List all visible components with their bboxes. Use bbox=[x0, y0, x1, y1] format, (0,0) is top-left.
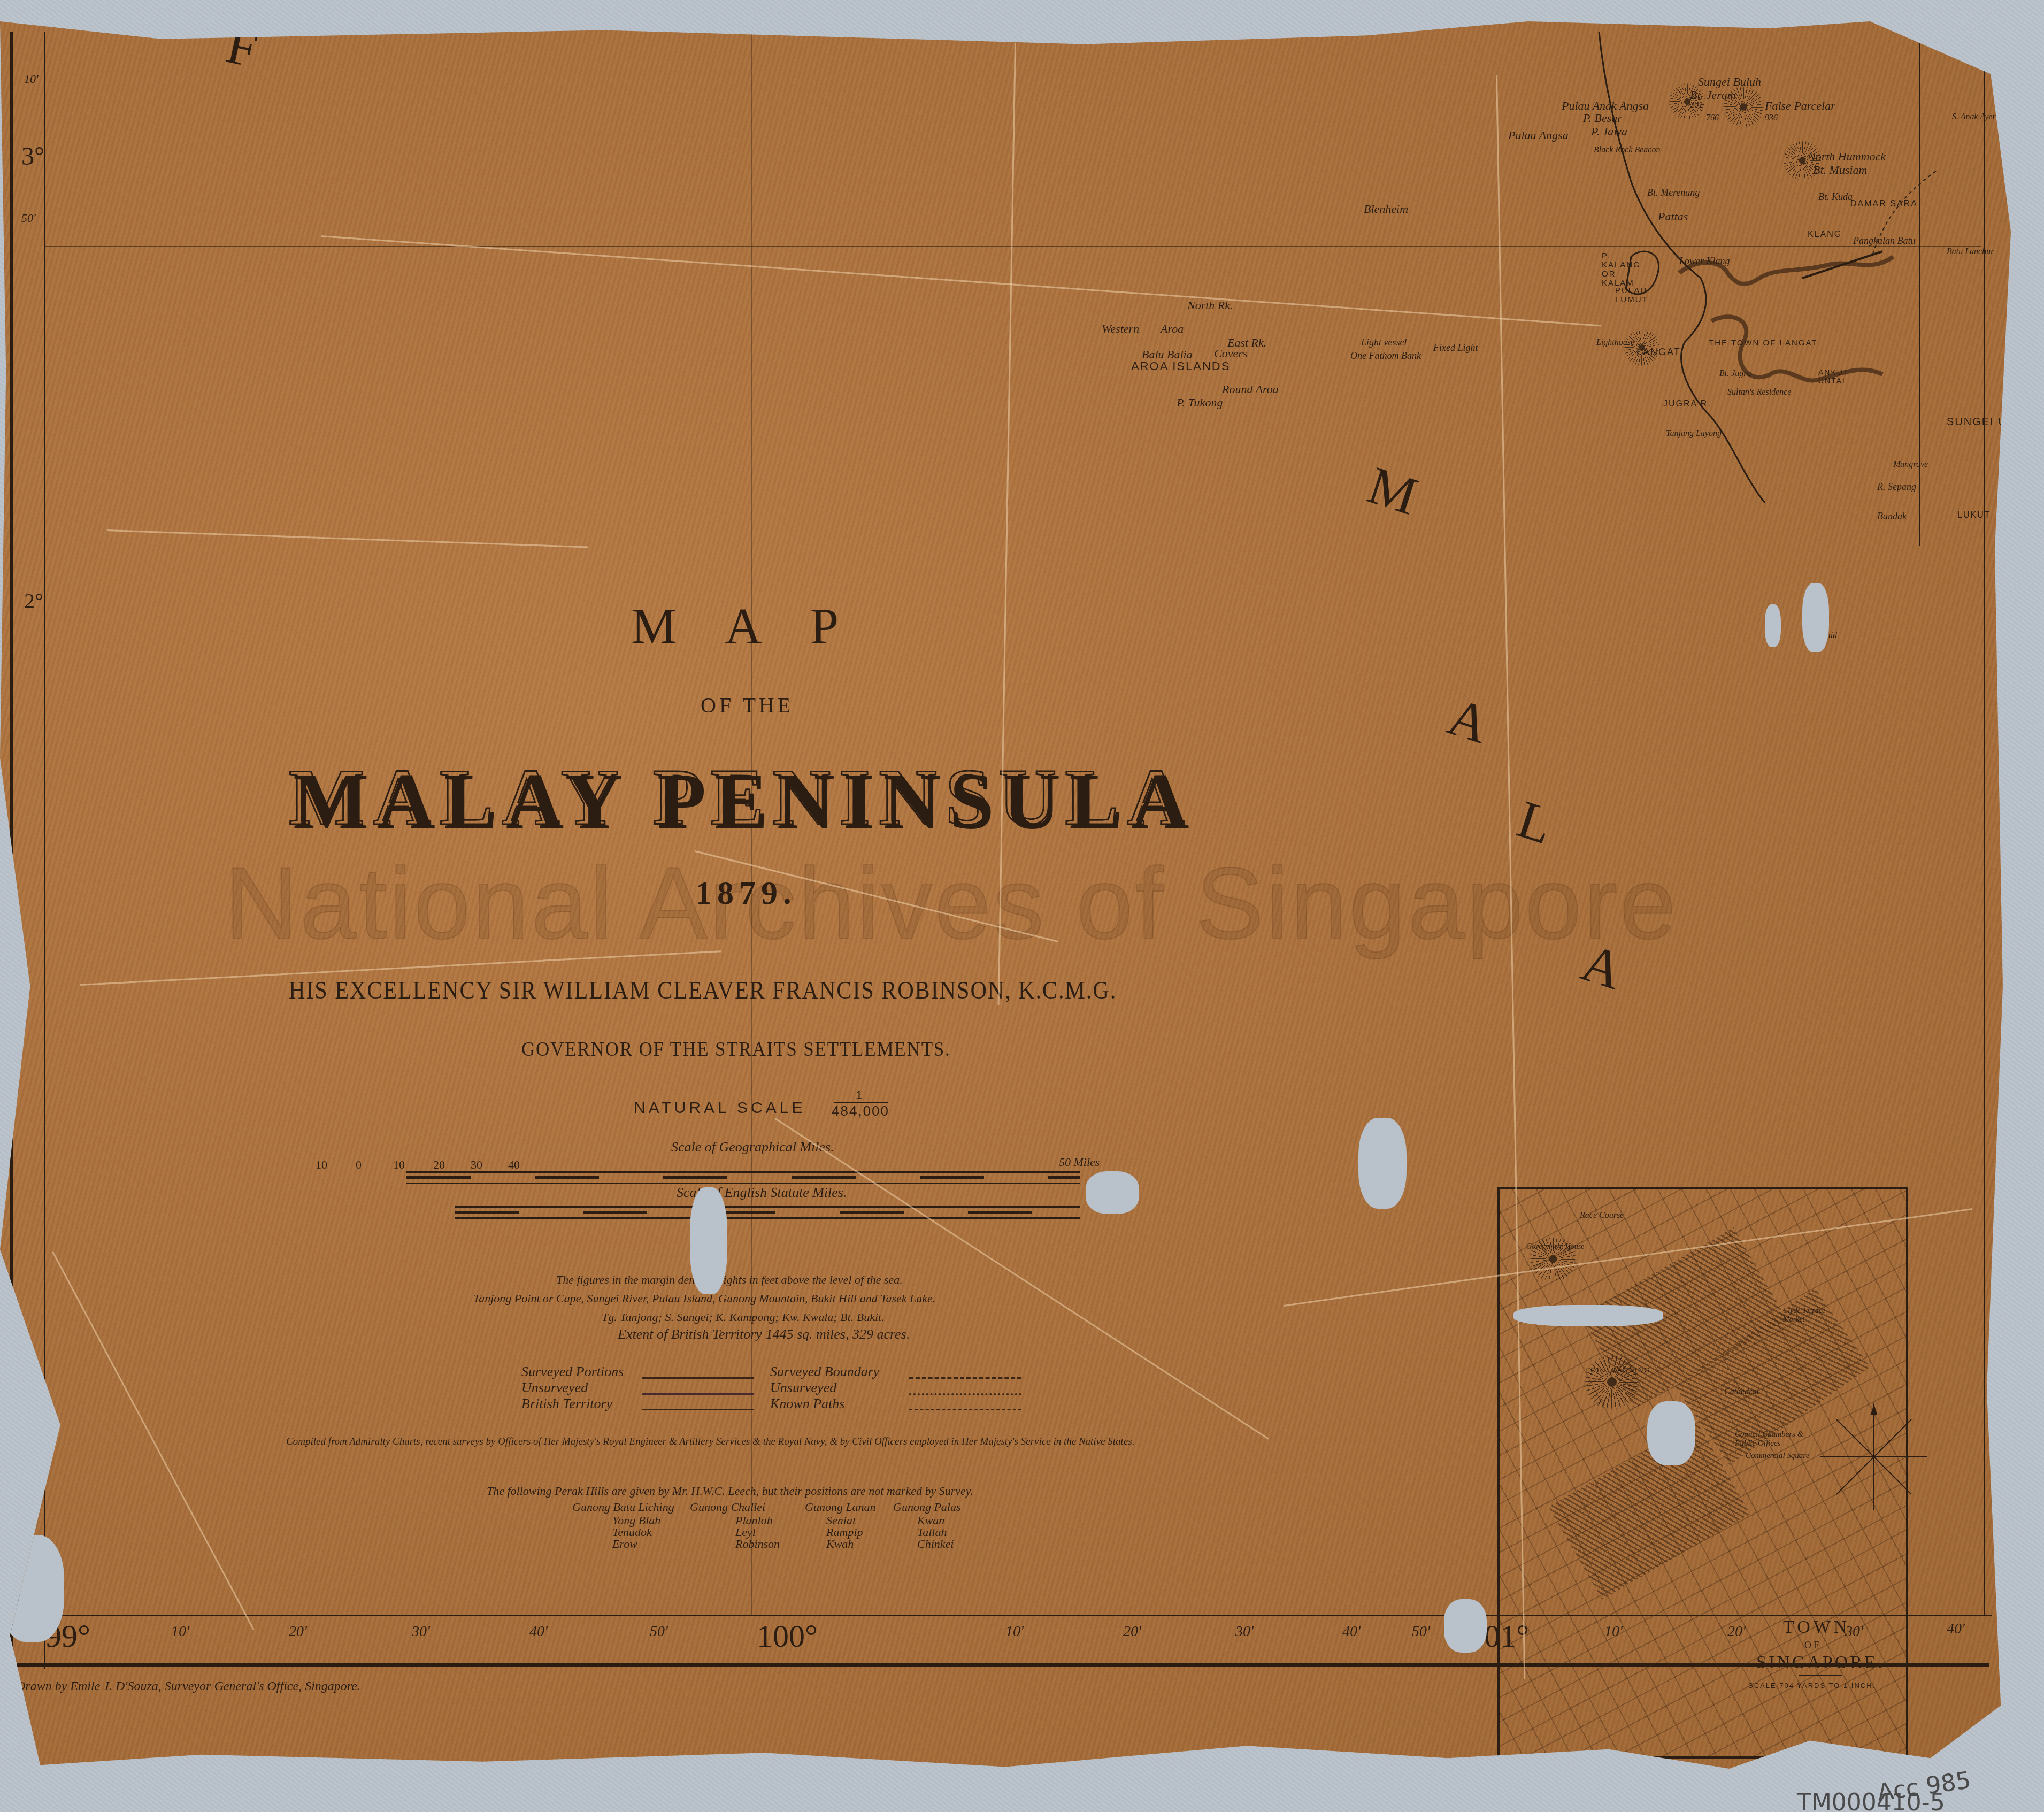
place-label: Round Aroa bbox=[1222, 382, 1279, 396]
place-label: Bt. Jugra bbox=[1719, 369, 1751, 379]
legend-swatch-known-paths bbox=[909, 1409, 1021, 1410]
place-label: Pulau Angsa bbox=[1508, 128, 1569, 142]
place-label: Black Rock Beacon bbox=[1594, 145, 1660, 155]
place-label-lukut: LUKUT bbox=[1957, 511, 1991, 520]
hill-name: Erow bbox=[612, 1537, 637, 1551]
lon-label: 50' bbox=[650, 1623, 668, 1640]
lon-label: 10' bbox=[171, 1623, 189, 1640]
paper-crack bbox=[107, 529, 588, 548]
inset-label: FORT CANNING bbox=[1585, 1366, 1650, 1374]
natural-scale-label: NATURAL SCALE bbox=[634, 1099, 805, 1117]
geo-scale-tick: 0 bbox=[356, 1158, 362, 1172]
place-label: P. Jawa bbox=[1591, 125, 1627, 139]
legend-label: Known Paths bbox=[770, 1396, 844, 1412]
legend-swatch-surveyed-boundary bbox=[909, 1377, 1021, 1379]
heights-note: The figures in the margin denote heights… bbox=[556, 1273, 903, 1287]
place-label: Bt. Musiam bbox=[1813, 163, 1867, 177]
inset-label: Cathedral bbox=[1724, 1387, 1759, 1397]
place-label: R. Sepang bbox=[1877, 481, 1916, 493]
place-label: Pangkalan Batu bbox=[1853, 235, 1915, 247]
place-label: North Rk. bbox=[1187, 298, 1233, 312]
perak-hills-intro: The following Perak Hills are given by M… bbox=[487, 1484, 973, 1498]
inset-label: Government House bbox=[1526, 1243, 1584, 1251]
hill-name: Gunong Lanan bbox=[805, 1500, 876, 1514]
paper-tear bbox=[1444, 1599, 1487, 1653]
sea-letter: M bbox=[1361, 454, 1425, 527]
compiled-note: Compiled from Admiralty Charts, recent s… bbox=[286, 1436, 1134, 1448]
drawn-by-credit: Drawn by Emile J. D'Souza, Surveyor Gene… bbox=[16, 1679, 360, 1694]
inset-town-of-singapore: Race Course Government House FORT CANNIN… bbox=[1497, 1187, 1908, 1759]
hill-name: Gunong Palas bbox=[893, 1500, 961, 1514]
inset-label: Race Course bbox=[1580, 1211, 1624, 1220]
paper-tear bbox=[1086, 1171, 1139, 1214]
legend-swatch-surveyed bbox=[642, 1377, 754, 1379]
inset-title-singapore: SINGAPORE. bbox=[1756, 1653, 1884, 1673]
lon-label: 30' bbox=[1235, 1623, 1254, 1640]
title-of-the: OF THE bbox=[701, 693, 794, 718]
paper-tear bbox=[1647, 1401, 1695, 1465]
geo-scale-tick: 30 bbox=[471, 1158, 482, 1172]
place-label: P. Tukong bbox=[1177, 396, 1223, 410]
place-label: Aroa bbox=[1161, 322, 1184, 336]
place-label: S. Anak Ayer bbox=[1952, 112, 1996, 122]
english-scale-bar bbox=[455, 1206, 1080, 1219]
inset-title-rule bbox=[1799, 1675, 1842, 1676]
lon-label: 50' bbox=[1412, 1623, 1430, 1640]
lon-label: 40' bbox=[529, 1623, 548, 1640]
hill-name: Gunong Challei bbox=[690, 1500, 765, 1514]
paper-tear bbox=[1802, 583, 1829, 652]
paper-crack bbox=[52, 1251, 254, 1630]
title-map: MAP bbox=[631, 596, 887, 656]
place-label-aroa-islands: AROA ISLANDS bbox=[1131, 359, 1230, 373]
lat-label-3deg: 3° bbox=[21, 142, 44, 171]
lon-label: 30' bbox=[412, 1623, 430, 1640]
compass-rose-icon bbox=[1820, 1403, 1927, 1510]
abbreviations-line-2: Tg. Tanjong; S. Sungei; K. Kampong; Kw. … bbox=[602, 1310, 885, 1324]
paper-tear bbox=[690, 1187, 727, 1294]
title-dedication: HIS EXCELLENCY SIR WILLIAM CLEAVER FRANC… bbox=[289, 976, 1117, 1004]
place-label: Light vessel bbox=[1361, 337, 1407, 348]
geo-scale-tick: 40 bbox=[508, 1158, 520, 1172]
height-label: 936 bbox=[1765, 113, 1778, 123]
lat-label: 50' bbox=[21, 211, 36, 225]
legend-label: British Territory bbox=[521, 1396, 612, 1412]
place-label: Mangrove bbox=[1893, 460, 1928, 470]
legend-label: Surveyed Portions bbox=[521, 1364, 624, 1380]
legend-label: Unsurveyed bbox=[521, 1380, 588, 1396]
place-label: Tanjang Layong bbox=[1666, 429, 1722, 439]
extent-of-territory: Extent of British Territory 1445 sq. mil… bbox=[618, 1326, 910, 1342]
place-label: False Parcelar bbox=[1765, 99, 1835, 113]
natural-scale-numerator: 1 bbox=[856, 1088, 863, 1102]
natural-scale-denominator: 484,000 bbox=[832, 1103, 889, 1119]
place-label: Covers bbox=[1214, 347, 1247, 360]
inset-label: Commercial Square bbox=[1746, 1452, 1809, 1461]
inset-title-town: TOWN bbox=[1783, 1617, 1850, 1638]
place-label: Batu Lanchur bbox=[1947, 247, 1994, 257]
hill-name: Gunong Batu Liching bbox=[572, 1500, 674, 1514]
paper-tear bbox=[1358, 1118, 1407, 1209]
lat-label-2deg: 2° bbox=[24, 588, 43, 613]
paper-tear bbox=[1765, 604, 1781, 647]
place-label: P. Besar bbox=[1583, 111, 1622, 125]
archive-watermark: National Archives of Singapore bbox=[225, 845, 1678, 962]
map-sheet: 10' 3° 50' 2° 1° 99° 10' 20' 30' 40' 50'… bbox=[0, 21, 2011, 1776]
place-label-pulau-lumut: PULAU LUMUT bbox=[1615, 286, 1658, 304]
geo-scale-tick: 20 bbox=[433, 1158, 445, 1172]
lon-label: 40' bbox=[1342, 1623, 1361, 1640]
place-label: Sultan's Residence bbox=[1727, 388, 1791, 397]
place-label-damar-sara: DAMAR SARA bbox=[1850, 199, 1918, 209]
place-label: Sungei Buluh bbox=[1698, 75, 1761, 89]
place-label-ankut-untal: ANKUT UNTAL bbox=[1818, 368, 1861, 385]
legend-label: Surveyed Boundary bbox=[770, 1364, 879, 1380]
place-label: Bt. Kuda bbox=[1818, 191, 1853, 203]
lon-label: 10' bbox=[1005, 1623, 1024, 1640]
place-label-town-of-langat: THE TOWN OF LANGAT bbox=[1709, 339, 1818, 348]
lon-label: 20' bbox=[289, 1623, 307, 1640]
lon-label: 40' bbox=[1947, 1621, 1965, 1638]
height-label: 766 bbox=[1706, 113, 1719, 123]
lon-label-100: 100° bbox=[757, 1618, 818, 1655]
archive-reference-mark: TM000410-5 bbox=[1797, 1789, 1945, 1812]
legend-swatch-british bbox=[642, 1409, 754, 1410]
geo-scale-ticks: 10 bbox=[316, 1158, 327, 1172]
legend-swatch-unsurveyed bbox=[642, 1393, 754, 1395]
legend-label: Unsurveyed bbox=[770, 1380, 836, 1396]
hill-name: Robinson bbox=[735, 1537, 780, 1551]
inset-label: Council Chambers & Public Offices bbox=[1735, 1430, 1815, 1448]
place-label: One Fathom Bank bbox=[1350, 350, 1421, 362]
place-label-jugra: JUGRA R. bbox=[1663, 400, 1711, 409]
geo-scale-tick-end: 50 Miles bbox=[1059, 1155, 1100, 1169]
title-malay-peninsula: MALAY PENINSULA bbox=[289, 751, 1194, 843]
place-label: Lighthouse bbox=[1596, 338, 1634, 348]
place-label: Blenheim bbox=[1364, 202, 1408, 216]
place-label: Bandak bbox=[1877, 511, 1907, 522]
lon-label: 20' bbox=[1123, 1623, 1141, 1640]
place-label: Western bbox=[1102, 322, 1139, 336]
paper-crack bbox=[321, 235, 1601, 326]
place-label: Pattas bbox=[1658, 210, 1688, 224]
place-label-klang: KLANG bbox=[1808, 230, 1842, 240]
geo-scale-tick: 10 bbox=[393, 1158, 405, 1172]
place-label: North Hummock bbox=[1808, 150, 1886, 164]
hill-name: Chinkei bbox=[917, 1537, 954, 1551]
title-office: GOVERNOR OF THE STRAITS SETTLEMENTS. bbox=[521, 1038, 951, 1061]
inset-label: Clyde Terrace Market bbox=[1783, 1307, 1842, 1324]
paper-tear bbox=[1513, 1305, 1663, 1326]
sea-letter: A bbox=[1441, 686, 1496, 756]
place-label: Bt. Merenang bbox=[1647, 187, 1700, 198]
inset-scale: SCALE 704 YARDS TO 1 INCH. bbox=[1748, 1682, 1876, 1690]
hill-name: Kwah bbox=[826, 1537, 854, 1551]
legend-swatch-unsurveyed-boundary bbox=[909, 1393, 1021, 1395]
fort-canning-hill bbox=[1580, 1350, 1644, 1414]
place-label-langat: LANGAT bbox=[1636, 347, 1681, 358]
meridian-101deg bbox=[1463, 32, 1463, 1615]
inset-title-of: OF bbox=[1804, 1640, 1821, 1651]
geo-scale-bar bbox=[406, 1171, 1080, 1184]
lat-label: 10' bbox=[24, 72, 39, 86]
place-label: Fixed Light bbox=[1433, 342, 1478, 354]
place-label: Lower Klang bbox=[1679, 256, 1730, 267]
height-label: 201 bbox=[1690, 101, 1703, 110]
place-label-p-kalang: P. KALANG OR KALAM bbox=[1602, 251, 1650, 288]
